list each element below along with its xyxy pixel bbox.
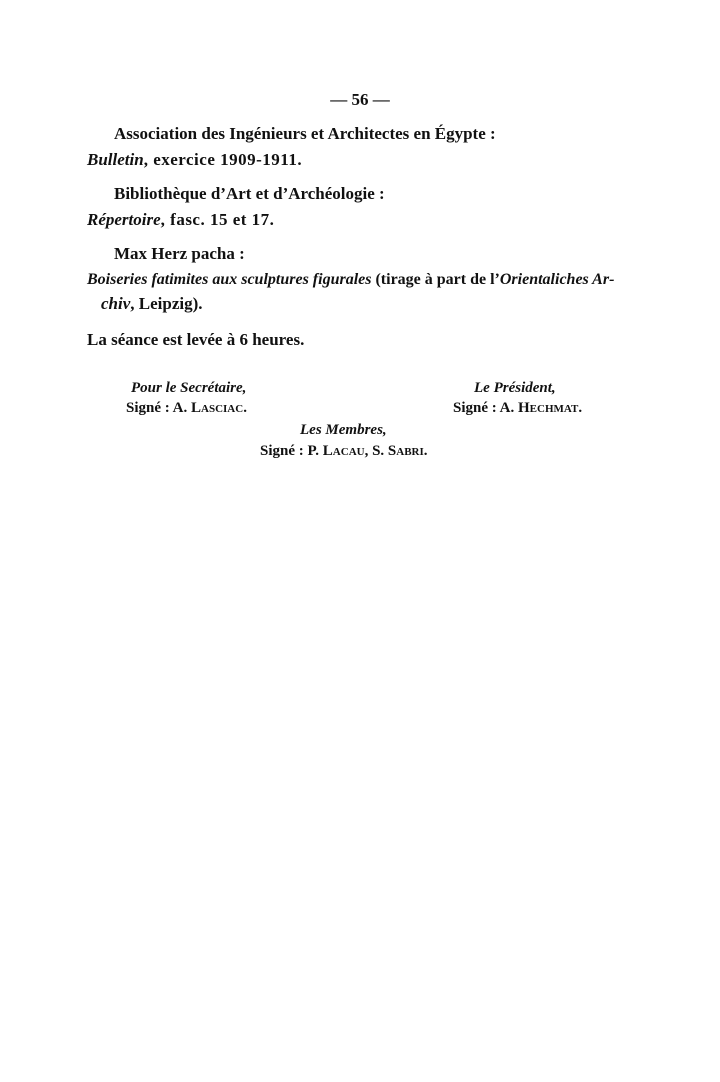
document-page: — 56 — Association des Ingénieurs et Arc… [0, 0, 720, 1082]
signed-prefix: Signé : A. [126, 400, 191, 416]
journal-title: Orientaliches Ar- [500, 271, 615, 288]
publication-bulletin: Bulletin, exercice 1909-1911. [87, 150, 302, 170]
members-role: Les Membres, [300, 420, 387, 440]
publication-boiseries: Boiseries fatimites aux sculptures figur… [87, 270, 614, 290]
donor-bibliotheque: Bibliothèque d’Art et d’Archéologie : [114, 184, 385, 204]
publication-place: , Leipzig). [130, 294, 202, 313]
member-name-lacau: Lacau [323, 443, 365, 459]
journal-title-cont: chiv [101, 294, 130, 313]
publication-detail: (tirage à part de l’ [371, 271, 499, 288]
separator: , S. [365, 443, 388, 459]
page-number: — 56 — [310, 90, 410, 110]
publication-title: Bulletin [87, 150, 144, 169]
closing-statement: La séance est levée à 6 heures. [87, 330, 304, 350]
president-role: Le Président, [474, 378, 556, 398]
secretary-signature: Signé : A. Lasciac. [126, 398, 247, 418]
publication-detail: , exercice 1909-1911. [144, 150, 302, 169]
members-signature: Signé : P. Lacau, S. Sabri. [260, 441, 428, 461]
publication-title: Boiseries fatimites aux sculptures figur… [87, 271, 371, 288]
signed-prefix: Signé : A. [453, 400, 518, 416]
publication-boiseries-cont: chiv, Leipzig). [101, 294, 203, 314]
donor-association-ingenieurs: Association des Ingénieurs et Architecte… [114, 124, 496, 144]
secretary-role: Pour le Secrétaire, [131, 378, 246, 398]
donor-max-herz: Max Herz pacha : [114, 244, 245, 264]
publication-title: Répertoire [87, 210, 161, 229]
president-name: Hechmat. [518, 400, 582, 416]
member-name-sabri: Sabri. [388, 443, 428, 459]
president-signature: Signé : A. Hechmat. [453, 398, 582, 418]
signed-prefix: Signé : P. [260, 443, 323, 459]
publication-detail: , fasc. 15 et 17. [161, 210, 275, 229]
publication-repertoire: Répertoire, fasc. 15 et 17. [87, 210, 274, 230]
secretary-name: Lasciac. [191, 400, 247, 416]
